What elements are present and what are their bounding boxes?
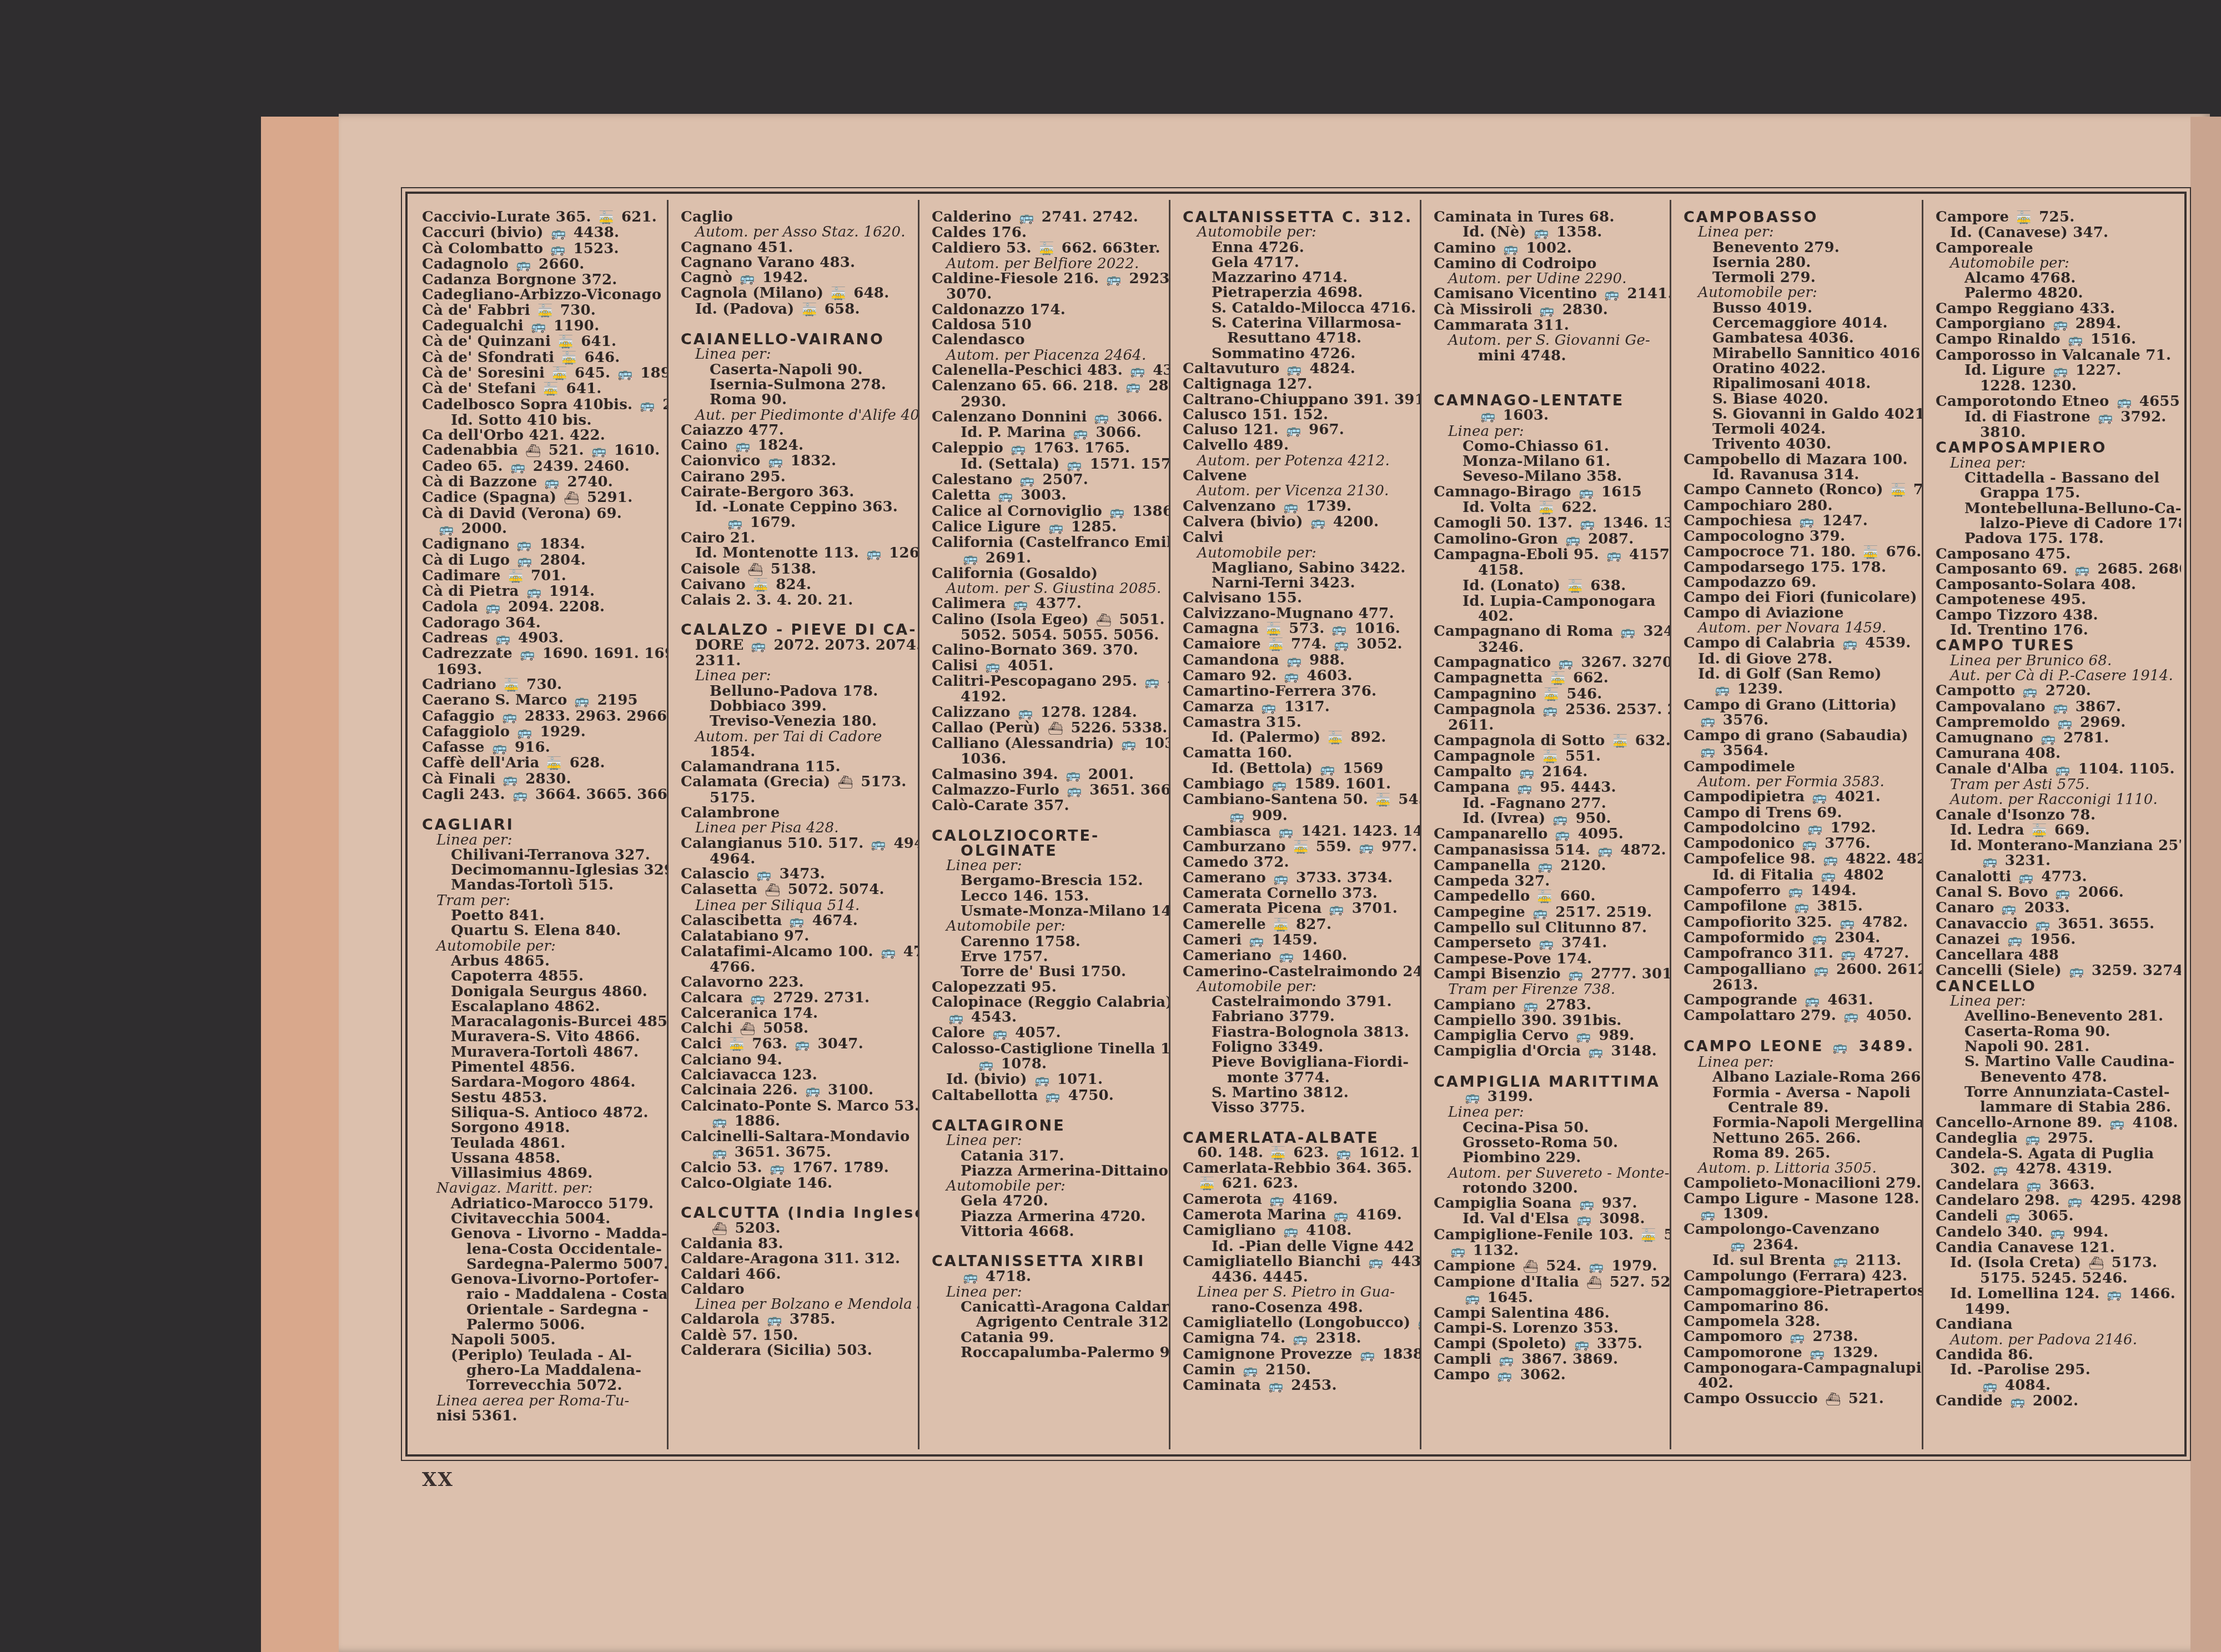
bus-icon: 🚌 xyxy=(1537,859,1553,874)
index-entry: Canale d'Alba 🚌 1104. 1105. xyxy=(1936,762,2175,777)
section-heading: CAMPOSAMPIERO xyxy=(1936,440,2175,455)
index-column-6: CAMPOBASSOLinea per:Benevento 279.Iserni… xyxy=(1671,200,1923,1449)
index-entry: Campolattaro 279. 🚌 4050. xyxy=(1684,1008,1916,1024)
index-entry: Avellino-Benevento 281. xyxy=(1936,1009,2175,1024)
bus-icon: 🚌 xyxy=(1542,703,1558,718)
index-entry: Candide 🚌 2002. xyxy=(1936,1394,2175,1409)
index-entry: S. Martino Valle Caudina- xyxy=(1936,1055,2175,1069)
index-entry: 2311. xyxy=(681,654,912,669)
bus-icon: 🚌 xyxy=(1523,998,1539,1013)
bus-icon: 🚌 xyxy=(1334,1208,1349,1223)
index-entry: Id. (Padova) 🚋 658. xyxy=(681,302,912,318)
bus-icon: 🚌 xyxy=(1568,967,1584,982)
index-entry: Linea per: xyxy=(1684,225,1916,240)
index-entry: Calendasco xyxy=(932,333,1163,348)
index-entry: Camerino-Castelraimondo 242. xyxy=(1183,965,1414,980)
index-entry: Treviso-Venezia 180. xyxy=(681,714,912,729)
index-entry: Calderino 🚌 2741. 2742. xyxy=(932,210,1163,225)
index-entry: Calascibetta 🚌 4674. xyxy=(681,913,912,929)
bus-icon: 🚌 xyxy=(1790,1330,1806,1345)
bus-icon: 🚌 xyxy=(545,475,560,490)
bus-icon: 🚌 xyxy=(712,1114,727,1129)
index-entry: Id. Val d'Elsa 🚌 3098. xyxy=(1434,1212,1664,1227)
bus-icon: 🚌 xyxy=(1145,675,1160,690)
index-entry: Camerelle 🚋 827. xyxy=(1183,917,1414,933)
index-entry: 🚌 2000. xyxy=(422,521,661,537)
index-entry: Camporeale xyxy=(1936,241,2175,256)
index-entry: S. Martino 3812. xyxy=(1183,1086,1414,1101)
index-entry: Calice al Cornoviglio 🚌 1386. 1387 xyxy=(932,504,1163,520)
index-entry: Ca dell'Orbo 421. 422. xyxy=(422,428,661,443)
index-entry: Id. Volta 🚋 622. xyxy=(1434,500,1664,516)
index-entry: 3246. xyxy=(1434,640,1664,655)
index-entry: Nettuno 265. 266. xyxy=(1684,1131,1916,1146)
index-entry: Calcinelli-Saltara-Mondavio xyxy=(681,1129,912,1144)
index-entry: Linea per: xyxy=(681,347,912,362)
bus-icon: 🚌 xyxy=(1840,916,1855,931)
index-entry: Napoli 90. 281. xyxy=(1936,1040,2175,1055)
boat-icon: ⛴ xyxy=(740,1022,755,1037)
bus-icon: 🚌 xyxy=(1279,949,1294,964)
section-heading: CALOLZIOCORTE- xyxy=(932,828,1163,843)
tram-icon: 🚋 xyxy=(599,210,614,225)
bus-icon: 🚌 xyxy=(517,554,533,569)
bus-icon: 🚌 xyxy=(2010,1394,2026,1409)
index-entry: Id. Lupia-Camponogara xyxy=(1434,594,1664,609)
index-entry: Seveso-Milano 358. xyxy=(1434,469,1664,484)
bus-icon: 🚌 xyxy=(795,1037,811,1052)
index-entry: 5175. xyxy=(681,791,912,806)
bus-icon: 🚌 xyxy=(1368,1255,1384,1270)
index-entry: Cairate-Bergoro 363. xyxy=(681,485,912,500)
index-entry: 4158. xyxy=(1434,563,1664,578)
index-entry: Sardegna-Palermo 5007. xyxy=(422,1257,661,1272)
section-heading: CAMPIGLIA MARITTIMA xyxy=(1434,1074,1664,1089)
index-entry: Cagnano Varano 483. xyxy=(681,255,912,270)
index-entry: Canal S. Bovo 🚌 2066. xyxy=(1936,885,2175,901)
index-entry: Camino di Codroipo xyxy=(1434,257,1664,272)
index-entry: Camporotondo Etneo 🚌 4655. xyxy=(1936,394,2175,410)
index-entry: 🚌 1886. xyxy=(681,1114,912,1129)
tram-icon: 🚋 xyxy=(544,382,559,397)
index-entry: Campo Tizzoro 438. xyxy=(1936,608,2175,623)
index-entry: Id. Ravanusa 314. xyxy=(1684,468,1916,483)
bus-icon: 🚌 xyxy=(1498,1368,1513,1383)
section-heading: OLGINATE xyxy=(932,843,1163,858)
index-entry: 3070. xyxy=(932,287,1163,302)
bus-icon: 🚌 xyxy=(881,945,896,960)
index-entry: Cadice (Spagna) ⛴ 5291. xyxy=(422,490,661,506)
bus-icon: 🚌 xyxy=(503,772,518,787)
index-entry: Termoli 4024. xyxy=(1684,422,1916,437)
index-entry: 2613. xyxy=(1684,978,1916,993)
bus-icon: 🚌 xyxy=(1833,1254,1848,1269)
index-entry: ghero-La Maddalena- xyxy=(422,1363,661,1378)
index-entry: Caldè 57. 150. xyxy=(681,1328,912,1343)
index-entry: nisi 5361. xyxy=(422,1409,661,1424)
bus-icon: 🚌 xyxy=(1982,854,1998,869)
index-entry: Cammarata 311. xyxy=(1434,318,1664,333)
index-entry: Formia - Aversa - Napoli xyxy=(1684,1086,1916,1101)
bus-icon: 🚌 xyxy=(2027,1178,2042,1193)
index-entry: Gambatesa 4036. xyxy=(1684,331,1916,346)
index-entry: Campagnano di Roma 🚌 3242. xyxy=(1434,624,1664,640)
index-entry: Campello sul Clitunno 87. xyxy=(1434,921,1664,936)
bus-icon: 🚌 xyxy=(1048,520,1064,535)
index-entry: Sestu 4853. xyxy=(422,1091,661,1106)
index-entry: Palermo 5006. xyxy=(422,1318,661,1333)
bus-icon: 🚌 xyxy=(1094,410,1110,425)
index-entry: Cà de' Quinzani 🚋 641. xyxy=(422,334,661,350)
bus-icon: 🚌 xyxy=(1249,933,1265,948)
index-entry: Campanarello 🚌 4095. xyxy=(1434,827,1664,842)
index-entry: Cadanza Borgnone 372. xyxy=(422,273,661,288)
bus-icon: 🚌 xyxy=(2053,317,2068,332)
index-entry: Autom. per S. Giustina 2085. xyxy=(932,581,1163,596)
bus-icon: 🚌 xyxy=(727,516,743,531)
index-entry: Campodazzo 69. xyxy=(1684,575,1916,590)
bus-icon: 🚌 xyxy=(740,271,755,286)
index-entry: Autom. per Udine 2290. xyxy=(1434,272,1664,287)
index-entry: Campi Bisenzio 🚌 2777. 3014. xyxy=(1434,967,1664,982)
index-entry: Id. sul Brenta 🚌 2113. xyxy=(1684,1253,1916,1269)
index-entry: Cadelbosco Sopra 410bis. 🚌 2567. xyxy=(422,398,661,413)
index-entry: Caserta-Napoli 90. xyxy=(681,363,912,378)
index-entry: Campi (Spoleto) 🚌 3375. xyxy=(1434,1337,1664,1352)
bus-icon: 🚌 xyxy=(2053,364,2068,379)
index-entry: 1499. xyxy=(1936,1302,2175,1317)
index-entry: Linea per: xyxy=(1434,1105,1664,1120)
index-entry: Campogrande 🚌 4631. xyxy=(1684,993,1916,1008)
index-entry: Campomorone 🚌 1329. xyxy=(1684,1345,1916,1361)
index-entry: Campo 🚌 3062. xyxy=(1434,1368,1664,1383)
index-entry: Linea per Siliqua 514. xyxy=(681,898,912,913)
index-entry: Monza-Milano 61. xyxy=(1434,454,1664,469)
bus-icon: 🚌 xyxy=(1287,362,1303,377)
index-entry: Oratino 4022. xyxy=(1684,361,1916,376)
index-entry: Campochiaro 280. xyxy=(1684,499,1916,514)
tram-icon: 🚋 xyxy=(1266,622,1282,637)
index-entry: Calciavacca 123. xyxy=(681,1068,912,1083)
index-entry: Autom. per Vicenza 2130. xyxy=(1183,484,1414,499)
index-entry: Campiano 🚌 2783. xyxy=(1434,998,1664,1013)
index-entry: Cadegliano-Arbizzo-Viconago 377 xyxy=(422,288,661,303)
index-entry: 1228. 1230. xyxy=(1936,379,2175,394)
bus-icon: 🚌 xyxy=(551,242,566,257)
index-entry: Campodonico 🚌 3776. xyxy=(1684,836,1916,852)
index-entry: Camporgiano 🚌 2894. xyxy=(1936,317,2175,332)
index-entry: Caltavuturo 🚌 4824. xyxy=(1183,361,1414,377)
bus-icon: 🚌 xyxy=(1480,409,1496,424)
bus-icon: 🚌 xyxy=(768,454,783,469)
index-entry: Cà di Bazzone 🚌 2740. xyxy=(422,475,661,490)
bus-icon: 🚌 xyxy=(1579,485,1594,500)
index-entry: Calmasino 394. 🚌 2001. xyxy=(932,767,1163,783)
bus-icon: 🚌 xyxy=(1788,884,1803,899)
index-entry: Cameriano 🚌 1460. xyxy=(1183,948,1414,964)
index-entry: Donigala Seurgus 4860. xyxy=(422,985,661,1000)
bus-icon: 🚌 xyxy=(2050,1226,2066,1241)
index-entry: (Periplo) Teulada - Al- xyxy=(422,1348,661,1363)
index-entry: Camponogara-Campagnalupia xyxy=(1684,1361,1916,1376)
index-entry: 🚌 3651. 3675. xyxy=(681,1145,912,1161)
index-entry: Id. Ledra 🚋 669. xyxy=(1936,823,2175,838)
index-entry: Belluno-Padova 178. xyxy=(681,684,912,699)
index-entry: rano-Cosenza 498. xyxy=(1183,1300,1414,1315)
index-entry: Roma 90. xyxy=(681,393,912,408)
index-entry: Adriatico-Marocco 5179. xyxy=(422,1197,661,1212)
index-entry: 5175. 5245. 5246. xyxy=(1936,1271,2175,1286)
index-entry: 4436. 4445. xyxy=(1183,1270,1414,1285)
section-heading: CALTANISSETTA C. 312. xyxy=(1183,210,1414,225)
bus-icon: 🚌 xyxy=(1109,505,1125,520)
index-entry: Cadenabbia ⛴ 521. 🚌 1610. 1626. xyxy=(422,443,661,459)
bus-icon: 🚌 xyxy=(2056,762,2071,777)
index-entry: 2611. xyxy=(1434,718,1664,733)
boat-icon: ⛴ xyxy=(1523,1259,1539,1274)
bus-icon: 🚌 xyxy=(1700,714,1716,729)
index-entry: Genova - Livorno - Madda- xyxy=(422,1227,661,1242)
index-entry: Tram per Asti 575. xyxy=(1936,777,2175,792)
index-entry: Cà de' Stefani 🚋 641. xyxy=(422,381,661,397)
index-entry: Calenella-Peschici 483. 🚌 4304. xyxy=(932,363,1163,379)
boat-icon: ⛴ xyxy=(564,491,580,506)
tram-icon: 🚋 xyxy=(729,1037,745,1052)
bus-icon: 🚌 xyxy=(617,366,633,381)
index-entry: Campagnole 🚋 551. xyxy=(1434,749,1664,765)
index-entry: Camurana 408. xyxy=(1936,746,2175,761)
bus-icon: 🚌 xyxy=(1073,426,1089,441)
index-entry: Catania 317. xyxy=(932,1149,1163,1164)
bus-icon: 🚌 xyxy=(2110,1116,2125,1131)
index-entry: Id. -Pian delle Vigne 442 xyxy=(1183,1239,1414,1254)
bus-icon: 🚌 xyxy=(1519,765,1535,780)
index-entry: Caluso 121. 🚌 967. xyxy=(1183,423,1414,438)
index-entry: monte 3774. xyxy=(1183,1071,1414,1086)
bus-icon: 🚌 xyxy=(998,489,1013,504)
bus-icon: 🚌 xyxy=(2068,333,2083,348)
index-column-5: Caminata in Tures 68.Id. (Nè) 🚌 1358.Cam… xyxy=(1421,200,1671,1449)
section-heading: CAMPO LEONE 🚌 3489. 3493. xyxy=(1684,1039,1916,1055)
index-entry: Linea per: xyxy=(932,1133,1163,1148)
index-entry: Como-Chiasso 61. xyxy=(1434,439,1664,454)
bus-icon: 🚌 xyxy=(1540,303,1555,318)
index-entry: Caffè dell'Aria 🚋 628. xyxy=(422,756,661,771)
index-entry: Campiello 390. 391bis. xyxy=(1434,1013,1664,1028)
bus-icon: 🚌 xyxy=(2018,870,2034,885)
index-entry: Linea per: xyxy=(422,833,661,848)
bus-icon: 🚌 xyxy=(1262,700,1277,715)
index-entry: ⛴ 5203. xyxy=(681,1221,912,1237)
index-entry: Poetto 841. xyxy=(422,908,661,923)
index-entry: Autom. per Piacenza 2464. xyxy=(932,348,1163,363)
bus-icon: 🚌 xyxy=(1465,1090,1480,1105)
index-entry: Calenzano 65. 66. 218. 🚌 2843. xyxy=(932,379,1163,394)
index-entry: Caldes 176. xyxy=(932,225,1163,240)
index-entry: Id. -Fagnano 277. xyxy=(1434,796,1664,811)
bus-icon: 🚌 xyxy=(1125,379,1141,394)
index-entry: Aut. per Piedimonte d'Alife 4042 xyxy=(681,408,912,423)
index-entry: Cadola 🚌 2094. 2208. xyxy=(422,600,661,615)
index-entry: Autom. per Formia 3583. xyxy=(1684,775,1916,790)
section-heading: CANCELLO xyxy=(1936,979,2175,994)
bus-icon: 🚌 xyxy=(1589,1045,1604,1060)
index-entry: Calino (Isola Egeo) ⛴ 5051. xyxy=(932,612,1163,628)
index-entry: Caivano 🚋 824. xyxy=(681,578,912,593)
tram-icon: 🚋 xyxy=(1612,734,1628,749)
tram-icon: 🚋 xyxy=(1039,242,1054,257)
index-entry: Campanella 🚌 2120. xyxy=(1434,858,1664,874)
index-entry: Id. Ligure 🚌 1227. xyxy=(1936,363,2175,379)
index-entry: Genova-Livorno-Portofer- xyxy=(422,1272,661,1287)
index-entry: Linea per Bolzano e Mendola 397 xyxy=(681,1297,912,1312)
index-entry xyxy=(1434,364,1664,379)
index-entry: Campedello 🚋 660. xyxy=(1434,889,1664,905)
index-entry: Mandas-Tortolì 515. xyxy=(422,878,661,893)
index-entry: Campione d'Italia ⛴ 527. 528. xyxy=(1434,1275,1664,1291)
bus-icon: 🚌 xyxy=(1465,1291,1480,1306)
index-entry: Camignone Provezze 🚌 1838. xyxy=(1183,1347,1414,1363)
bus-icon: 🚌 xyxy=(1730,1238,1746,1253)
index-entry: lammare di Stabia 286. xyxy=(1936,1100,2175,1115)
bus-icon: 🚌 xyxy=(1576,1029,1592,1044)
index-entry: Camigliano 🚌 4108. xyxy=(1183,1223,1414,1239)
index-entry: Calci 🚋 763. 🚌 3047. xyxy=(681,1037,912,1052)
bus-icon: 🚌 xyxy=(1287,654,1302,669)
boat-icon: ⛴ xyxy=(2088,1256,2104,1271)
bus-icon: 🚌 xyxy=(866,546,882,561)
index-entry: Torrevecchia 5072. xyxy=(422,1378,661,1393)
index-entry: Caserta-Roma 90. xyxy=(1936,1025,2175,1040)
index-entry: Autom. per Padova 2146. xyxy=(1936,1333,2175,1348)
index-entry: Calore 🚌 4057. xyxy=(932,1026,1163,1041)
index-entry: Camugnano 🚌 2781. xyxy=(1936,731,2175,746)
index-entry: Campoferro 🚌 1494. xyxy=(1684,883,1916,899)
tram-icon: 🚋 xyxy=(1863,545,1879,560)
section-heading: CAMNAGO-LENTATE xyxy=(1434,393,1664,408)
index-entry: Candelaro 298. 🚌 4295. 4298. xyxy=(1936,1193,2175,1209)
index-entry: Campomaggiore-Pietrapertosa 94 xyxy=(1684,1284,1916,1299)
index-entry: Cafaggiolo 🚌 1929. xyxy=(422,725,661,740)
bus-icon: 🚌 xyxy=(1067,458,1083,473)
bus-icon: 🚌 xyxy=(2098,410,2113,425)
index-entry: Camnago-Birago 🚌 1615 xyxy=(1434,485,1664,500)
index-entry: Civitavecchia 5004. xyxy=(422,1212,661,1227)
index-column-4: CALTANISSETTA C. 312.Automobile per:Enna… xyxy=(1170,200,1421,1449)
index-entry: Cà Missiroli 🚌 2830. xyxy=(1434,303,1664,318)
index-entry: Calderara (Sicilia) 503. xyxy=(681,1343,912,1358)
index-entry: Campremoldo 🚌 2969. xyxy=(1936,715,2175,731)
index-entry: Id. (Settala) 🚌 1571. 1574. xyxy=(932,457,1163,473)
bus-icon: 🚌 xyxy=(2006,1209,2021,1224)
index-entry: Fiastra-Bolognola 3813. xyxy=(1183,1025,1414,1040)
bus-icon: 🚌 xyxy=(963,551,978,566)
index-entry: Bergamo-Brescia 152. xyxy=(932,873,1163,888)
index-entry: Camerota Marina 🚌 4169. xyxy=(1183,1208,1414,1223)
index-entry: Montebelluna-Belluno-Ca- xyxy=(1936,501,2175,516)
index-entry: Camigliatello (Longobucco) 🚌 4461 xyxy=(1183,1315,1414,1331)
bus-icon: 🚌 xyxy=(591,444,607,459)
boat-icon: ⛴ xyxy=(838,775,853,790)
index-entry: California (Castelfranco Emilia) xyxy=(932,535,1163,550)
bus-icon: 🚌 xyxy=(2067,1194,2083,1209)
bus-icon: 🚌 xyxy=(1273,871,1289,886)
index-entry: Campagnola 🚌 2536. 2537. 2538. xyxy=(1434,702,1664,718)
index-entry: Linea per: xyxy=(1434,424,1664,439)
index-entry: Camigliatello Bianchi 🚌 4433. xyxy=(1183,1254,1414,1270)
index-entry: Camedo 372. xyxy=(1183,855,1414,870)
bus-icon: 🚌 xyxy=(1579,1197,1595,1212)
bus-icon: 🚌 xyxy=(551,226,566,241)
index-entry: Campofilone 🚌 3815. xyxy=(1684,899,1916,915)
bus-icon: 🚌 xyxy=(495,631,511,646)
index-entry: Id. Monterano-Manziana 257 xyxy=(1936,838,2175,853)
index-entry: Fabriano 3779. xyxy=(1183,1010,1414,1025)
index-entry: Benevento 478. xyxy=(1936,1070,2175,1085)
index-entry: Gela 4720. xyxy=(932,1194,1163,1209)
index-entry: Camastra 315. xyxy=(1183,715,1414,730)
index-entry: 🚌 1679. xyxy=(681,515,912,531)
index-entry: Caldari 466. xyxy=(681,1267,912,1282)
index-entry: lalzo-Pieve di Cadore 178. xyxy=(1936,516,2175,531)
index-entry: Id. di Fiastrone 🚌 3792. xyxy=(1936,410,2175,425)
bus-icon: 🚌 xyxy=(770,1161,785,1176)
bus-icon: 🚌 xyxy=(978,1057,994,1072)
index-entry: Caldare-Aragona 311. 312. xyxy=(681,1252,912,1267)
index-entry: Escalaplano 4862. xyxy=(422,1000,661,1015)
index-entry: Calino-Bornato 369. 370. xyxy=(932,643,1163,658)
tram-icon: 🚋 xyxy=(558,335,574,350)
index-entry: Piombino 229. xyxy=(1434,1151,1664,1166)
index-entry: Pimentel 4856. xyxy=(422,1060,661,1075)
index-entry: Cà de' Sfondrati 🚋 646. xyxy=(422,350,661,366)
bus-icon: 🚌 xyxy=(2069,964,2084,979)
bus-icon: 🚌 xyxy=(2075,563,2091,578)
index-entry: Canaro 🚌 2033. xyxy=(1936,901,2175,916)
index-entry: Caldania 83. xyxy=(681,1237,912,1252)
index-entry: Id. (Isola Creta) ⛴ 5173. xyxy=(1936,1256,2175,1271)
bus-icon: 🚌 xyxy=(985,659,1001,674)
index-entry: Piazza Armerina 4720. xyxy=(932,1209,1163,1224)
index-entry: Canale d'Isonzo 78. xyxy=(1936,808,2175,823)
index-entry: Campodolcino 🚌 1792. xyxy=(1684,821,1916,836)
index-entry: Cà di Lugo 🚌 2804. xyxy=(422,553,661,569)
index-entry: Campli 🚌 3867. 3869. xyxy=(1434,1352,1664,1368)
tram-icon: 🚋 xyxy=(2032,824,2047,838)
index-entry: Linea per: xyxy=(1684,1055,1916,1070)
index-entry: Calvizzano-Mugnano 477. xyxy=(1183,606,1414,621)
index-entry: Cadimare 🚋 701. xyxy=(422,569,661,584)
index-entry: Caino 🚌 1824. xyxy=(681,438,912,454)
bus-icon: 🚌 xyxy=(1034,1073,1050,1088)
index-entry: Caminata 🚌 2453. xyxy=(1183,1378,1414,1394)
index-entry: Cancelli (Siele) 🚌 3259. 3274. xyxy=(1936,963,2175,979)
index-entry: 302. 🚌 4278. 4319. xyxy=(1936,1162,2175,1177)
index-entry: Id. di Golf (San Remo) xyxy=(1684,667,1916,682)
index-entry: Calvi xyxy=(1183,530,1414,545)
index-entry: Id. di Giove 278. xyxy=(1684,652,1916,667)
index-entry: Arbus 4865. xyxy=(422,954,661,969)
index-entry: Camposanto-Solara 408. xyxy=(1936,578,2175,592)
bus-icon: 🚌 xyxy=(1293,1332,1309,1347)
index-entry: 🚌 2364. xyxy=(1684,1238,1916,1253)
boat-icon: ⛴ xyxy=(1048,721,1063,736)
index-entry: Cambiano-Santena 50. 🚋 543. xyxy=(1183,792,1414,808)
bus-icon: 🚌 xyxy=(948,1011,964,1026)
index-entry: Benevento 279. xyxy=(1684,240,1916,255)
tram-icon: 🚋 xyxy=(2016,210,2032,225)
index-entry: Campodarsego 175. 178. xyxy=(1684,560,1916,575)
